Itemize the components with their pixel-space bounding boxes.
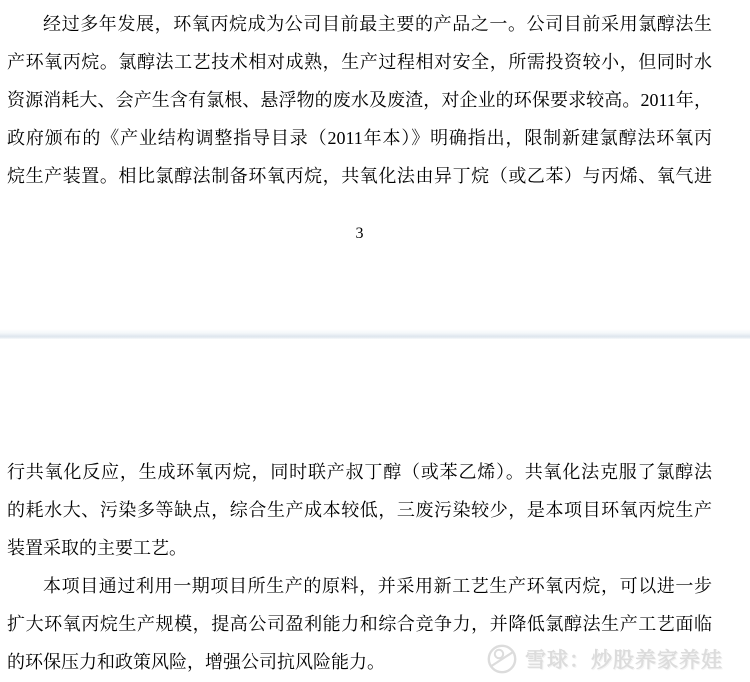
xueqiu-snowball-icon xyxy=(486,643,518,675)
watermark: 雪球：炒股养家养娃 xyxy=(486,643,723,675)
doc-line: 经过多年发展，环氧丙烷成为公司目前最主要的产品之一。公司目前采用氯醇法生 xyxy=(7,5,712,43)
watermark-text: 雪球：炒股养家养娃 xyxy=(525,644,723,674)
doc-line: 本项目通过利用一期项目所生产的原料，并采用新工艺生产环氧丙烷，可以进一步 xyxy=(7,567,712,605)
doc-line: 资源消耗大、会产生含有氯根、悬浮物的废水及废渣，对企业的环保要求较高。2011年… xyxy=(7,81,712,119)
page-3-text-block: 经过多年发展，环氧丙烷成为公司目前最主要的产品之一。公司目前采用氯醇法生 产环氧… xyxy=(7,5,712,195)
doc-line: 装置采取的主要工艺。 xyxy=(7,529,712,567)
doc-line: 行共氧化反应，生成环氧丙烷，同时联产叔丁醇（或苯乙烯）。共氧化法克服了氯醇法 xyxy=(7,453,712,491)
doc-line: 烷生产装置。相比氯醇法制备环氧丙烷，共氧化法由异丁烷（或乙苯）与丙烯、氧气进 xyxy=(7,157,712,195)
page-number: 3 xyxy=(7,222,712,246)
doc-line: 的耗水大、污染多等缺点，综合生产成本较低，三废污染较少，是本项目环氧丙烷生产 xyxy=(7,491,712,529)
doc-line: 产环氧丙烷。氯醇法工艺技术相对成熟，生产过程相对安全，所需投资较小，但同时水 xyxy=(7,43,712,81)
page-divider xyxy=(0,329,750,339)
doc-line: 扩大环氧丙烷生产规模，提高公司盈利能力和综合竞争力，并降低氯醇法生产工艺面临 xyxy=(7,605,712,643)
doc-line: 政府颁布的《产业结构调整指导目录（2011年本）》明确指出，限制新建氯醇法环氧丙 xyxy=(7,119,712,157)
